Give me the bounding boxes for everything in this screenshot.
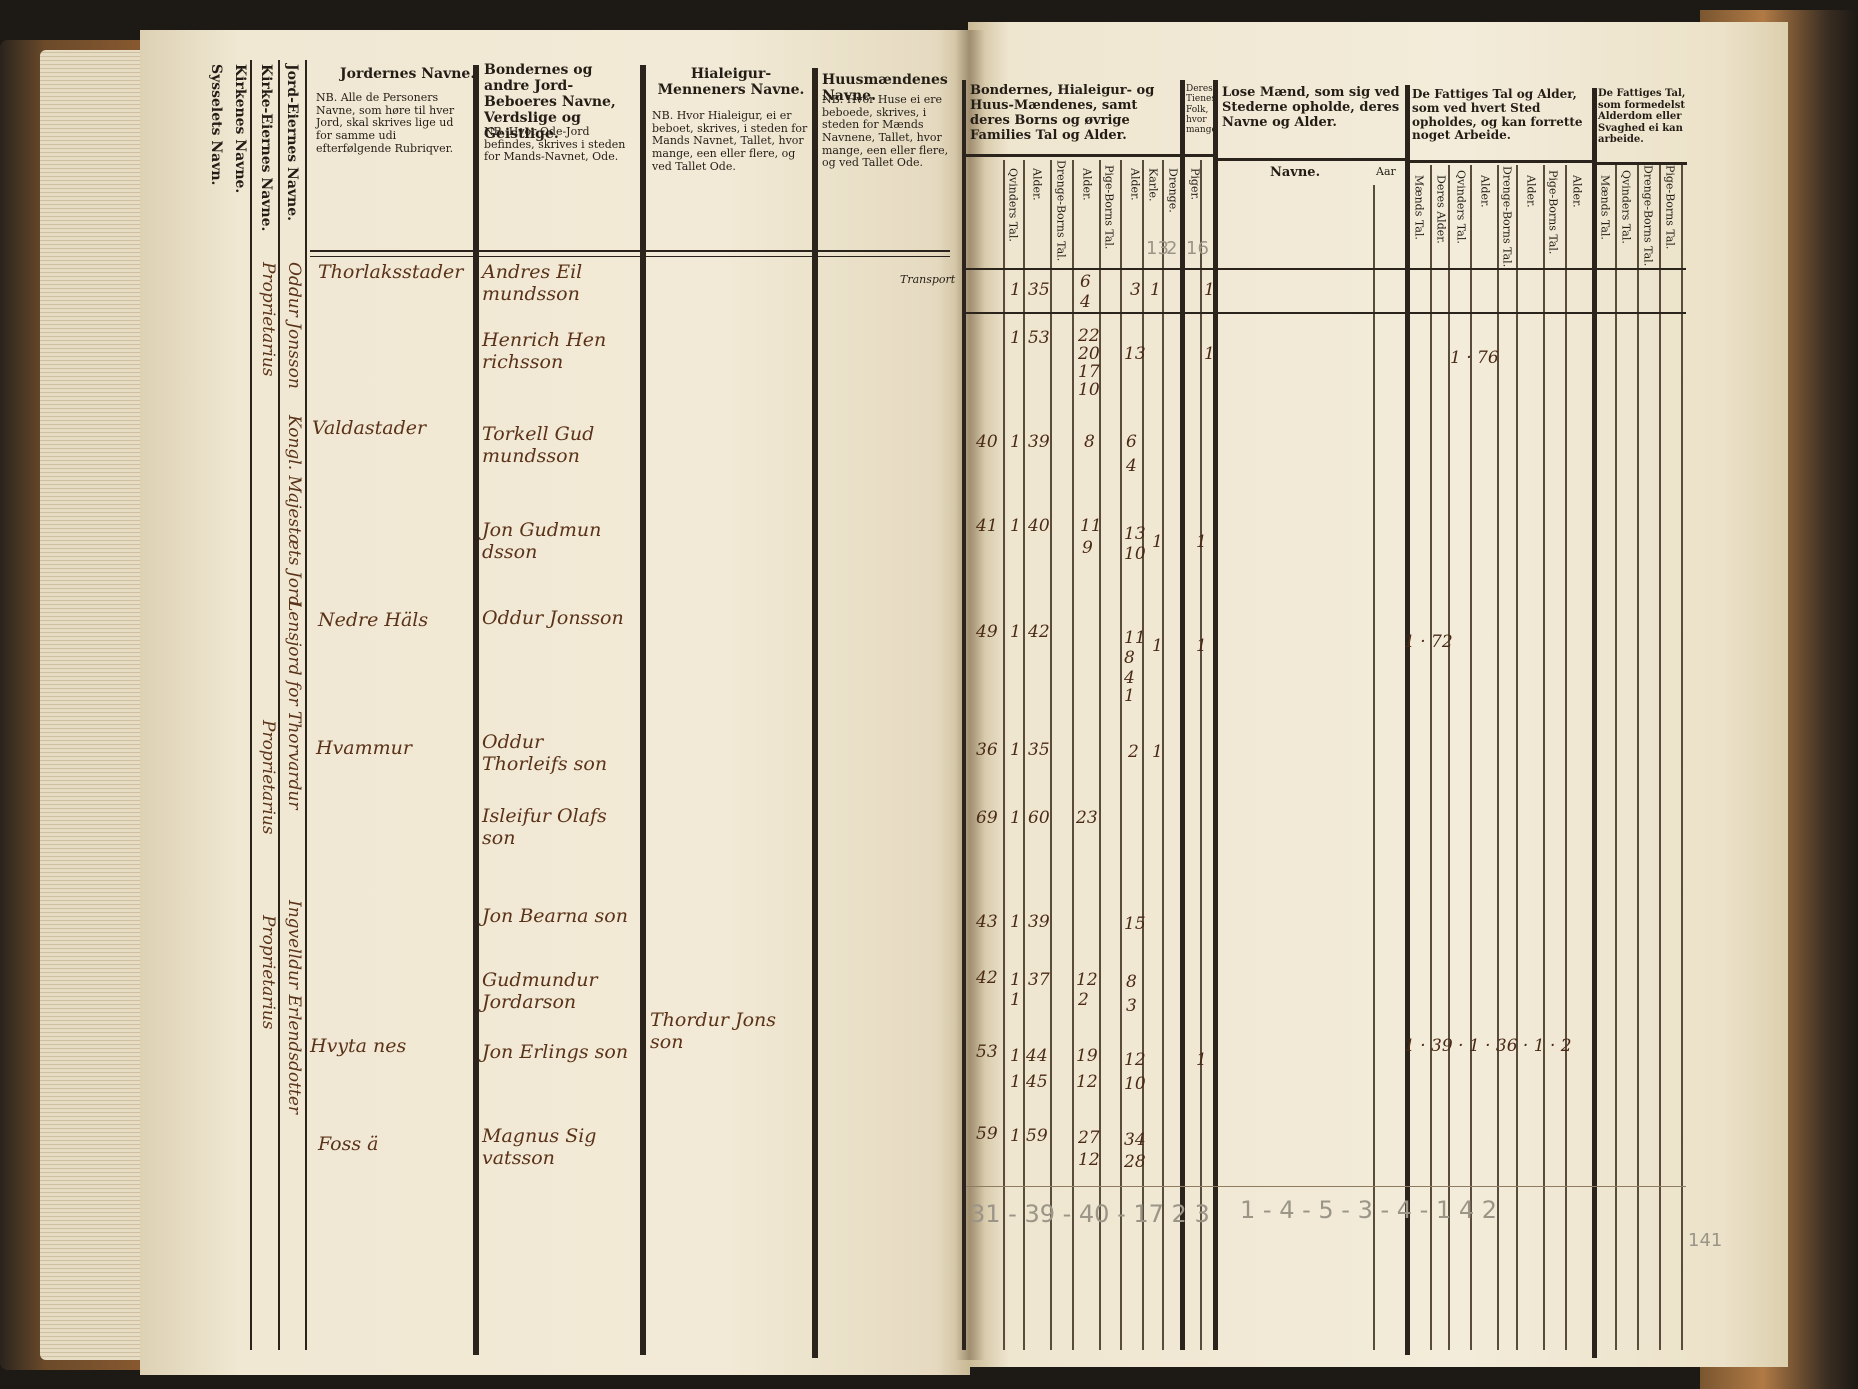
header-jord-eiere: Jord-Eiernes Navne. bbox=[284, 64, 300, 221]
transport-rule bbox=[966, 312, 1686, 314]
col-line bbox=[1681, 165, 1683, 1350]
sub-pige-borns-tal: Pige-Borns Tal. bbox=[1663, 165, 1676, 249]
col-line bbox=[1615, 165, 1617, 1350]
jord-eier-1: Oddur Jonsson bbox=[284, 262, 304, 389]
col-line bbox=[1470, 165, 1472, 1350]
cell: 1 bbox=[1010, 432, 1021, 452]
cell: 8 bbox=[1126, 972, 1137, 992]
col-line bbox=[1565, 165, 1567, 1350]
cell: 1 bbox=[1010, 990, 1021, 1010]
cell: 4 bbox=[1080, 292, 1091, 312]
header-rule bbox=[310, 250, 950, 252]
header-jordernes-navne: Jordernes Navne. bbox=[340, 66, 475, 82]
cell: 42 bbox=[976, 968, 998, 988]
cell: 1 · 39 · 1 · 36 · 1 · 2 bbox=[1404, 1036, 1572, 1056]
kirke-eier-1: Proprietarius bbox=[258, 262, 278, 377]
sub-maends-tal: Mænds Tal. bbox=[1598, 175, 1611, 240]
header-kirke-eiere: Kirke-Eiernes Navne. bbox=[258, 64, 274, 231]
cell: 1 bbox=[1204, 280, 1215, 300]
col-line bbox=[1516, 165, 1518, 1350]
group-rule bbox=[1410, 160, 1592, 163]
cell: 6 bbox=[1126, 432, 1137, 452]
cell: 11 bbox=[1080, 516, 1102, 536]
header-fattiges-svaghed: De Fattiges Tal, som formedelst Alderdom… bbox=[1598, 88, 1688, 146]
sub-aar: Aar bbox=[1376, 166, 1396, 179]
farmer-name: Jon Gudmun dsson bbox=[482, 520, 632, 564]
cell: 1 bbox=[1010, 280, 1021, 300]
cell: 1 bbox=[1152, 532, 1163, 552]
cell: 39 bbox=[1028, 432, 1050, 452]
cell: 22 bbox=[1078, 326, 1100, 346]
rule-thick bbox=[1592, 88, 1597, 1358]
pencil-transport: 2 bbox=[1166, 238, 1177, 259]
cell: 1 bbox=[1010, 622, 1021, 642]
cell: 1 bbox=[1204, 344, 1215, 364]
transport-rule bbox=[966, 268, 1686, 270]
cell: 35 bbox=[1028, 740, 1050, 760]
cell: 37 bbox=[1028, 970, 1050, 990]
sub-alder: Alder. bbox=[1524, 175, 1537, 208]
cell: 1 bbox=[1010, 912, 1021, 932]
jord-eier-2: Kongl. Majestæts Jord bbox=[284, 415, 304, 607]
col-line bbox=[1637, 165, 1639, 1350]
header-hialeigur: Hialeigur-Menneners Navne. bbox=[652, 66, 810, 98]
cell: 3 bbox=[1126, 996, 1137, 1016]
cell: 10 bbox=[1078, 380, 1100, 400]
cell: 36 bbox=[976, 740, 998, 760]
cell: 1 bbox=[1150, 280, 1161, 300]
rule bbox=[278, 60, 280, 1350]
col-line bbox=[1023, 160, 1025, 1350]
note-hialeigur: NB. Hvor Hialeigur, ei er beboet, skrive… bbox=[652, 110, 810, 173]
col-line bbox=[1072, 160, 1074, 1350]
cell: 45 bbox=[1026, 1072, 1048, 1092]
farmer-name: Oddur Thorleifs son bbox=[482, 732, 632, 776]
col-line bbox=[1003, 160, 1005, 1350]
pencil-page-number: 141 bbox=[1688, 1230, 1722, 1251]
cell: 53 bbox=[976, 1042, 998, 1062]
cell: 1 bbox=[1010, 328, 1021, 348]
cell: 10 bbox=[1124, 1074, 1146, 1094]
farm-name: Hvyta nes bbox=[310, 1036, 406, 1058]
col-line bbox=[1120, 160, 1122, 1350]
rule bbox=[305, 60, 307, 1350]
group-rule bbox=[966, 154, 1180, 157]
sub-alder: Alder. bbox=[1030, 168, 1043, 201]
rule-thick bbox=[1180, 80, 1185, 1350]
cell: 53 bbox=[1028, 328, 1050, 348]
hialeigur-name: Thordur Jons son bbox=[650, 1010, 800, 1054]
header-kirkenes-navne: Kirkenes Navne. bbox=[232, 64, 248, 193]
sub-qvinders-tal: Qvinders Tal. bbox=[1006, 168, 1019, 242]
cell: 1 bbox=[1010, 970, 1021, 990]
cell: 1 bbox=[1196, 636, 1207, 656]
jord-eier-4: Ingvelldur Erlendsdotter bbox=[284, 900, 304, 1114]
cell: 2 bbox=[1128, 742, 1139, 762]
cell: 1 bbox=[1010, 1072, 1021, 1092]
cell: 1 bbox=[1124, 686, 1135, 706]
farmer-name: Oddur Jonsson bbox=[482, 608, 632, 630]
rule-thick bbox=[640, 65, 646, 1355]
rule bbox=[962, 80, 966, 1350]
pencil-totals-right: 1 - 4 - 5 - 3 - 4 - 1 4 2 bbox=[1240, 1196, 1497, 1224]
cell: 12 bbox=[1076, 970, 1098, 990]
cell: 35 bbox=[1028, 280, 1050, 300]
col-line bbox=[1543, 165, 1545, 1350]
header-lose-maend: Lose Mænd, som sig ved Stederne opholde,… bbox=[1222, 86, 1402, 131]
cell: 2 bbox=[1078, 990, 1089, 1010]
sub-pige-borns-tal: Pige-Borns Tal. bbox=[1546, 170, 1559, 254]
kirke-eier-2: Proprietarius bbox=[258, 720, 278, 835]
cell: 60 bbox=[1028, 808, 1050, 828]
rule bbox=[250, 60, 252, 1350]
sub-qvinders-tal: Qvinders Tal. bbox=[1454, 170, 1467, 244]
farmer-name: Henrich Hen richsson bbox=[482, 330, 632, 374]
book-gutter bbox=[955, 30, 985, 1360]
rule-thick bbox=[812, 68, 818, 1358]
cell: 49 bbox=[976, 622, 998, 642]
cell: 59 bbox=[976, 1124, 998, 1144]
sub-karle: Karle. bbox=[1146, 168, 1159, 202]
farm-name: Nedre Häls bbox=[318, 610, 428, 632]
sub-deres-alder: Deres Alder. bbox=[1434, 175, 1447, 244]
cell: 6 bbox=[1080, 272, 1091, 292]
note-bondernes: NB. Hvor Ode-Jord befindes, skrives i st… bbox=[484, 126, 638, 164]
farmer-name: Andres Eil mundsson bbox=[482, 262, 632, 306]
sub-qvinders-tal: Qvinders Tal. bbox=[1619, 170, 1632, 244]
farmer-name: Torkell Gud mundsson bbox=[482, 424, 632, 468]
col-line bbox=[1430, 165, 1432, 1350]
totals-rule bbox=[966, 1186, 1686, 1187]
cell: 39 bbox=[1028, 912, 1050, 932]
sub-navne: Navne. bbox=[1270, 166, 1320, 181]
farmer-name: Isleifur Olafs son bbox=[482, 806, 632, 850]
cell: 1 bbox=[1010, 1126, 1021, 1146]
farmer-name: Gudmundur Jordarson bbox=[482, 970, 632, 1014]
cell: 1 bbox=[1196, 532, 1207, 552]
cell: 28 bbox=[1124, 1152, 1146, 1172]
header-family-tal-alder: Bondernes, Hialeigur- og Huus-Mændenes, … bbox=[970, 84, 1178, 144]
cell: 4 bbox=[1126, 456, 1137, 476]
farm-name: Hvammur bbox=[316, 738, 412, 760]
cell: 34 bbox=[1124, 1130, 1146, 1150]
cell: 44 bbox=[1026, 1046, 1048, 1066]
cell: 1 bbox=[1010, 1046, 1021, 1066]
sub-drenge-borns-tal: Drenge-Borns Tal. bbox=[1641, 165, 1654, 266]
cell: 59 bbox=[1026, 1126, 1048, 1146]
col-line bbox=[1448, 165, 1450, 1350]
header-fattiges-arbeide: De Fattiges Tal og Alder, som ved hvert … bbox=[1412, 88, 1590, 143]
group-rule bbox=[1185, 154, 1213, 157]
cell: 10 bbox=[1124, 544, 1146, 564]
cell: 8 bbox=[1084, 432, 1095, 452]
sub-alder: Alder. bbox=[1478, 175, 1491, 208]
cell: 41 bbox=[976, 516, 998, 536]
cell: 12 bbox=[1124, 1050, 1146, 1070]
col-line bbox=[1373, 185, 1375, 1350]
pencil-totals-left: 31 - 39 - 40 - 17 2 3 bbox=[970, 1200, 1210, 1228]
farmer-name: Magnus Sig vatsson bbox=[482, 1126, 632, 1170]
cell: 13 bbox=[1124, 524, 1146, 544]
header-tieneste-folk: Deres Tieneste-Folk, hvor mange. bbox=[1186, 84, 1214, 136]
sub-pige-borns-tal: Pige-Borns Tal. bbox=[1102, 165, 1115, 249]
rule-thick bbox=[1405, 85, 1410, 1355]
note-jordernes: NB. Alle de Personers Navne, som høre ti… bbox=[316, 92, 470, 155]
sub-maends-tal: Mænds Tal. bbox=[1412, 175, 1425, 240]
header-sysselets-navn: Sysselets Navn. bbox=[208, 64, 224, 185]
sub-piger: Piger. bbox=[1188, 168, 1201, 200]
cell: 1 bbox=[1010, 740, 1021, 760]
rule-thick bbox=[473, 65, 479, 1355]
pencil-transport: 16 bbox=[1186, 238, 1209, 259]
jord-eier-3: Lensjord for Thorvardur bbox=[284, 600, 304, 809]
header-rule bbox=[310, 256, 950, 257]
cell: 1 bbox=[1010, 516, 1021, 536]
cell: 1 · 76 bbox=[1450, 348, 1499, 368]
cell: 1 bbox=[1010, 808, 1021, 828]
cell: 23 bbox=[1076, 808, 1098, 828]
farm-name: Valdastader bbox=[312, 418, 426, 440]
cell: 69 bbox=[976, 808, 998, 828]
cell: 4 bbox=[1124, 668, 1135, 688]
sub-drenge: Drenge. bbox=[1166, 168, 1179, 213]
cell: 20 bbox=[1078, 344, 1100, 364]
cell: 17 bbox=[1078, 362, 1100, 382]
cell: 12 bbox=[1076, 1072, 1098, 1092]
sub-alder: Alder. bbox=[1128, 168, 1141, 201]
cell: 1 bbox=[1152, 636, 1163, 656]
transport-label: Transport bbox=[900, 274, 955, 287]
cell: 40 bbox=[1028, 516, 1050, 536]
cell: 9 bbox=[1082, 538, 1093, 558]
cell: 1 bbox=[1196, 1050, 1207, 1070]
cell: 13 bbox=[1124, 344, 1146, 364]
sub-alder: Alder. bbox=[1570, 175, 1583, 208]
rule-thick bbox=[1213, 80, 1218, 1350]
cell: 19 bbox=[1076, 1046, 1098, 1066]
left-page bbox=[140, 30, 970, 1375]
cell: 1 bbox=[1152, 742, 1163, 762]
group-rule bbox=[1218, 158, 1405, 161]
col-line bbox=[1050, 160, 1052, 1350]
cell: 1 · 72 bbox=[1404, 632, 1453, 652]
sub-drenge-borns-tal: Drenge-Borns Tal. bbox=[1054, 160, 1067, 261]
cell: 3 bbox=[1130, 280, 1141, 300]
cell: 11 bbox=[1124, 628, 1146, 648]
cell: 15 bbox=[1124, 914, 1146, 934]
cell: 43 bbox=[976, 912, 998, 932]
col-line bbox=[1659, 165, 1661, 1350]
farmer-name: Jon Bearna son bbox=[482, 906, 632, 928]
cell: 8 bbox=[1124, 648, 1135, 668]
cell: 40 bbox=[976, 432, 998, 452]
sub-drenge-borns-tal: Drenge-Borns Tal. bbox=[1500, 166, 1513, 267]
farmer-name: Jon Erlings son bbox=[482, 1042, 632, 1064]
col-line bbox=[1200, 160, 1202, 1350]
cell: 12 bbox=[1078, 1150, 1100, 1170]
kirke-eier-3: Proprietarius bbox=[258, 915, 278, 1030]
note-huusmaend: NB. Hvor Huse ei ere beboede, skrives, i… bbox=[822, 94, 952, 170]
cell: 27 bbox=[1078, 1128, 1100, 1148]
farm-name: Thorlaksstader bbox=[318, 262, 463, 284]
col-line bbox=[1497, 165, 1499, 1350]
sub-alder: Alder. bbox=[1080, 168, 1093, 201]
farm-name: Foss ä bbox=[318, 1134, 378, 1156]
cell: 42 bbox=[1028, 622, 1050, 642]
